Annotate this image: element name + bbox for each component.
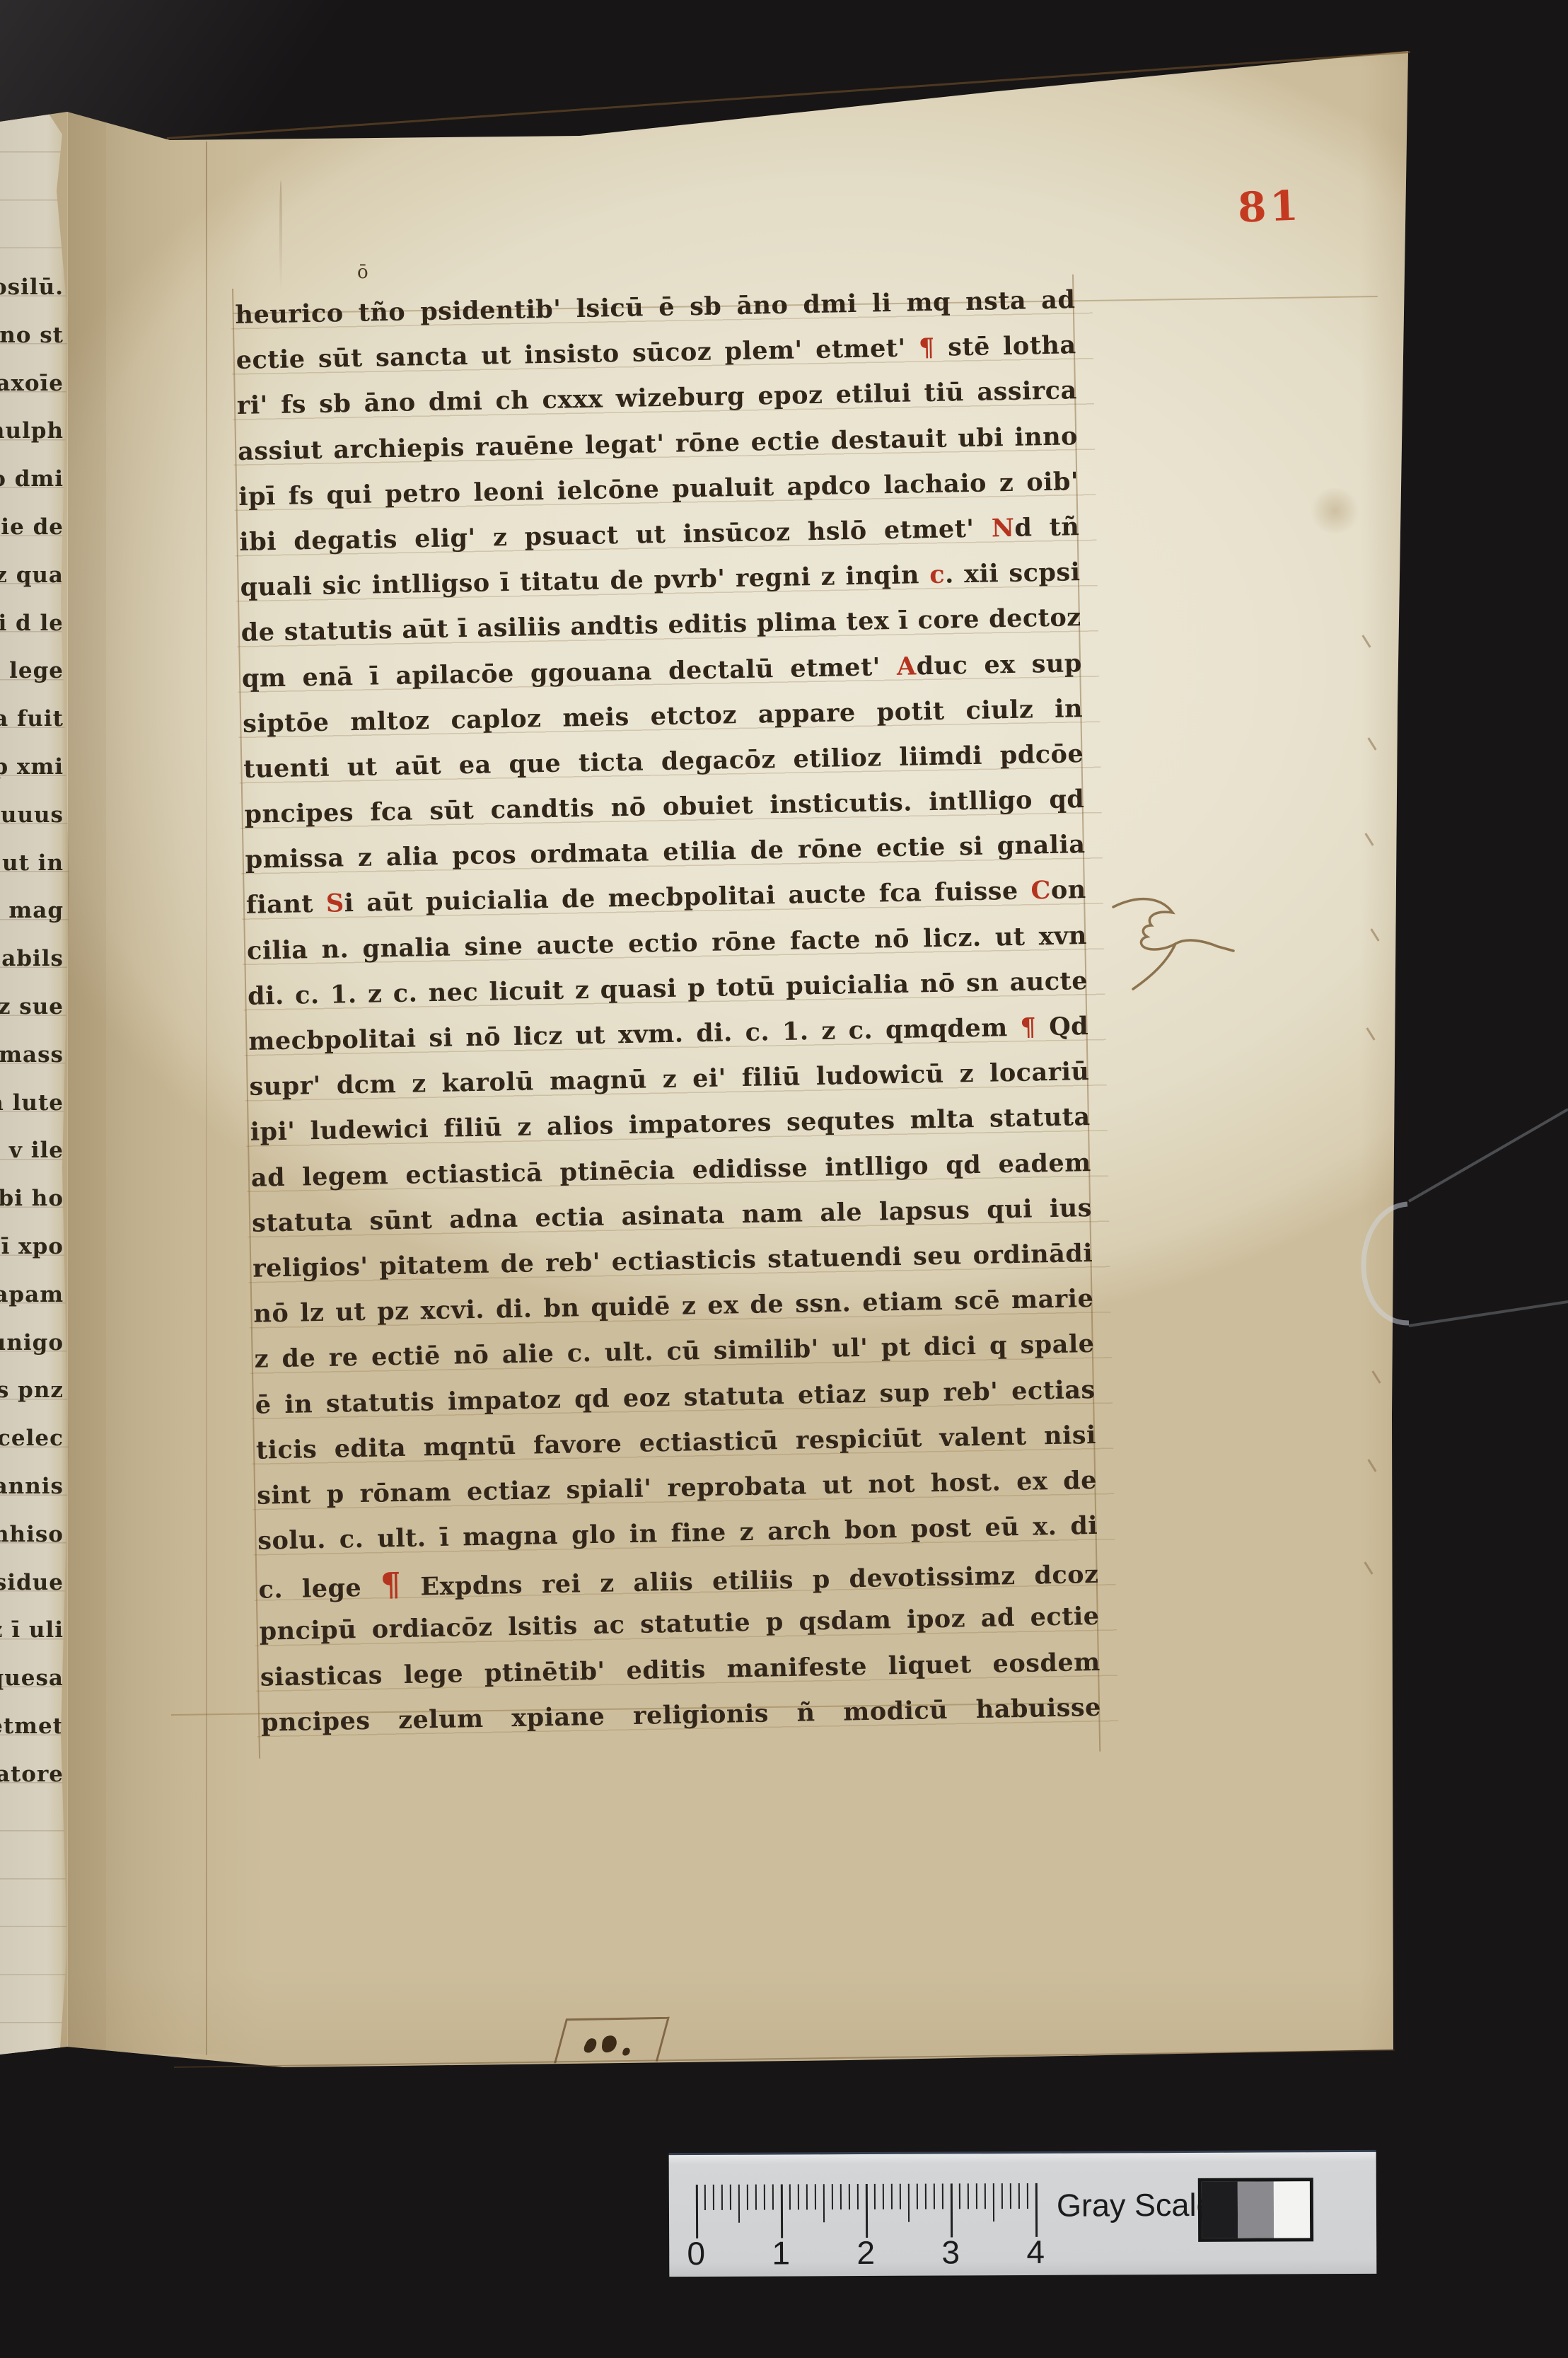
ruler-tick <box>806 2184 808 2209</box>
fore-edge-mark <box>1370 928 1379 942</box>
ink-text: cilia n. gnalia sine aucte ectio rōne fa… <box>247 921 1088 966</box>
ruler-tick <box>764 2185 765 2210</box>
ink-text: assiut archiepis rauēne legat' rōne ecti… <box>238 422 1079 466</box>
facing-page-text-fragment: pact s inhiso <box>0 1522 64 1547</box>
ink-text: siptōe mltoz caploz meis etctoz appare p… <box>243 694 1084 739</box>
ruler-tick <box>840 2184 842 2209</box>
ink-text: solu. c. ult. ī magna glo in fine z arch… <box>257 1511 1098 1556</box>
ruler-tick <box>730 2185 731 2210</box>
rubric-mark: S <box>325 889 344 918</box>
ruler-tick <box>789 2184 791 2209</box>
facing-page-text-fragment: ym mag <box>0 898 64 923</box>
facing-page-text-fragment: st ut in <box>0 850 64 876</box>
ink-text: ticis edita mqntū favore ectiasticū resp… <box>256 1421 1097 1465</box>
ink-text: ectie sūt sancta ut insisto sūcoz plem' … <box>236 333 919 375</box>
rubric-mark: ¶ <box>919 333 936 362</box>
gutter-crease-line <box>206 141 207 2055</box>
ruler-number: 0 <box>680 2234 712 2272</box>
ruler-tick <box>985 2183 986 2209</box>
facing-page-text-fragment: ' fiut mass <box>0 1042 64 1068</box>
ink-text: ipī fs qui petro leoni ielcōne pualuit a… <box>238 467 1079 512</box>
ruler-number: 2 <box>850 2233 881 2272</box>
ink-text: i aūt puicialia de mecbpolitai aucte fca… <box>344 877 1031 918</box>
ink-text: religios' pitatem de reb' ectiasticis st… <box>252 1239 1093 1283</box>
ruler-tick <box>857 2184 859 2209</box>
facing-page-text-fragment: e' babils <box>0 946 64 971</box>
ruler-tick <box>968 2183 969 2209</box>
facing-page-text-fragment: u scē ecie de <box>0 514 64 540</box>
ruler-tick <box>772 2185 774 2210</box>
ink-text: d tñ <box>1014 512 1080 543</box>
ink-text: ē in statutis impatoz qd eoz statuta eti… <box>255 1375 1096 1419</box>
ink-text: quali sic intlligso ī titatu de pvrb' re… <box>240 560 929 602</box>
catchword-box <box>554 2017 670 2064</box>
facing-page-text-fragment: oz sb āno dmi <box>0 466 64 492</box>
ink-text: pncipū ordiacōz lsitis ac statutie p qsd… <box>259 1602 1100 1646</box>
gray-swatch-black <box>1202 2182 1238 2238</box>
ruler-tick <box>823 2184 825 2222</box>
ruler-tick <box>874 2184 876 2209</box>
ruler: 01234 <box>669 2152 1376 2155</box>
facing-page-text-fragment: gacōes pannis <box>0 1474 64 1499</box>
ink-text: . xii scpsi <box>945 557 1081 589</box>
facing-page-text-fragment: te stabano st <box>0 323 64 348</box>
catchword-ink-mark <box>622 2047 631 2055</box>
gray-swatch-mid-gray <box>1238 2181 1274 2238</box>
ruler-tick <box>1010 2183 1011 2209</box>
facing-page-text-fragment: n pmissaz celec <box>0 1426 64 1451</box>
gray-scale-swatches <box>1198 2178 1313 2242</box>
facing-page-text-fragment: z eicua lute <box>0 1090 64 1116</box>
facing-page-text-fragment: ctota z quesa <box>0 1665 64 1691</box>
ruler-tick <box>959 2183 960 2209</box>
ruler-tick <box>934 2184 935 2209</box>
facing-page-text-fragment: aal' z sue <box>0 994 64 1019</box>
ruler-tick <box>951 2183 953 2237</box>
facing-page-text-fragment: o ipm' z qua <box>0 562 64 588</box>
ink-text: stē lotha <box>934 330 1076 362</box>
ruler-number: 4 <box>1020 2233 1051 2271</box>
ruler-tick <box>993 2183 994 2221</box>
facing-page-text-fragment: schū epoz ī uli <box>0 1617 64 1643</box>
ink-text: ibi degatis elig' z psuact ut insūcoz hs… <box>239 514 992 556</box>
facing-page-text-fragment: a ecie ī xpo <box>0 1234 64 1259</box>
ruler-tick <box>721 2185 723 2210</box>
parchment-crease <box>279 180 282 294</box>
ruler-tick <box>925 2184 927 2209</box>
ink-text: fiant <box>245 889 326 920</box>
facing-page-text-fragment: coz plem' etmet <box>0 1713 64 1739</box>
ink-text: qm enā ī apilacōe ggouana dectalū etmet' <box>242 652 898 693</box>
ink-text: z de re ectiē nō alie c. ult. cū similib… <box>254 1329 1095 1374</box>
calibration-strip: 01234 Gray Scale <box>669 2152 1377 2277</box>
ink-text: ad legem ectiasticā ptinēcia edidisse in… <box>251 1148 1092 1193</box>
ruler-tick <box>747 2185 748 2210</box>
ink-text: supr' dcm z karolū magnū z ei' filiū lud… <box>249 1057 1090 1102</box>
fore-edge-mark <box>1361 635 1371 648</box>
rubric-mark: A <box>897 652 917 681</box>
rubric-mark: c <box>929 560 946 589</box>
ruler-tick <box>798 2184 799 2209</box>
ruler-tick <box>883 2184 884 2209</box>
facing-page-text-fragment: no dmi o v ile <box>0 1138 64 1163</box>
facing-page-text-fragment: tū vl kunigo <box>0 1330 64 1356</box>
book-spread: am ē osilū.te stabano stie scis saxoīeto… <box>0 0 1413 2074</box>
ink-text: duc ex sup <box>916 649 1082 681</box>
facing-page-text-fragment: x. z impatore <box>0 1762 64 1787</box>
ruler-tick <box>1001 2183 1003 2209</box>
catchword-ink-mark <box>582 2038 599 2054</box>
ruler-tick <box>1035 2183 1038 2237</box>
facing-page-text-fragment: tore arnulph <box>0 418 64 444</box>
ruler-tick <box>866 2184 868 2238</box>
ruler-tick <box>917 2184 918 2209</box>
fore-edge-mark <box>1367 1459 1376 1472</box>
gray-swatch-white <box>1274 2181 1310 2238</box>
fore-edge-mark <box>1367 737 1376 751</box>
ink-text: sint p rōnam ectiaz spiali' reprobata ut… <box>257 1466 1098 1510</box>
parchment-stain <box>1308 488 1361 533</box>
facing-page-text-fragment: is z aliis pnz <box>0 1377 64 1403</box>
ink-text: mecbpolitai si nō licz ut xvm. di. c. 1.… <box>248 1013 1021 1056</box>
ruler-tick <box>815 2184 816 2209</box>
fore-edge-mark <box>1366 1027 1375 1041</box>
gray-scale-label: Gray Scale <box>1057 2187 1214 2224</box>
ink-text: c. lege <box>258 1573 381 1605</box>
ink-text: on <box>1051 876 1087 906</box>
ink-text: di. c. 1. z c. nec licuit z quasi p totū… <box>248 966 1088 1011</box>
previous-page-edge: am ē osilū.te stabano stie scis saxoīeto… <box>0 106 71 2059</box>
ruler-tick <box>713 2185 714 2210</box>
ruler-tick <box>696 2185 698 2238</box>
ruler-tick <box>942 2183 943 2209</box>
facing-page-text-fragment: sē ip xmi <box>0 754 64 780</box>
ruler-tick <box>908 2184 910 2222</box>
folio-number: 81 <box>1237 181 1303 231</box>
gutter-shadow <box>68 112 259 2054</box>
ruler-number: 3 <box>935 2233 966 2271</box>
manuscript-photograph: am ē osilū.te stabano stie scis saxoīeto… <box>0 0 1568 2358</box>
rubric-mark: C <box>1030 876 1051 906</box>
rubric-mark: N <box>991 514 1014 543</box>
facing-page-text-fragment: scussa fuit <box>0 706 64 732</box>
ruler-tick <box>704 2185 706 2210</box>
facing-page-text-fragment: lubē z apam <box>0 1282 64 1307</box>
fore-edge-mark <box>1364 1561 1373 1575</box>
facing-page-text-fragment: s ad uuus <box>0 802 64 828</box>
text-block: heurico tño psidentib' lsicū ē sb āno dm… <box>235 277 1101 1745</box>
manicula-pointing-hand-icon <box>1109 893 1250 999</box>
facing-page-text-fragment: o xxxvi psidue <box>0 1570 64 1595</box>
ink-text: statuta sūnt adna ectia asinata nam ale … <box>252 1194 1093 1238</box>
ruler-tick <box>1027 2183 1028 2209</box>
rubric-mark: ¶ <box>1020 1012 1037 1041</box>
ink-text: nō lz ut pz xcvi. di. bn quidē z ex de s… <box>253 1284 1094 1329</box>
ink-text: ipi' ludewici filiū z alios impatores se… <box>250 1102 1091 1147</box>
ruler-tick <box>755 2185 757 2210</box>
ruler-tick <box>781 2184 783 2238</box>
facing-page-text-fragment: ie scis saxoīe <box>0 371 64 396</box>
ruler-tick <box>832 2184 833 2209</box>
ink-text: pncipes zelum xpiane religionis ñ modicū… <box>261 1693 1102 1738</box>
ruler-tick <box>738 2185 740 2223</box>
catchword-ink-mark <box>601 2034 617 2053</box>
ruler-tick <box>891 2184 893 2209</box>
facing-page-text-fragment: am ē osilū. <box>0 274 64 300</box>
ink-text: de statutis aūt ī asiliis andtis editis … <box>240 603 1081 647</box>
ruler-tick <box>1018 2183 1020 2209</box>
ink-text: ri' fs sb āno dmi ch cxxx wizeburg epoz … <box>237 376 1078 421</box>
facing-page-text-fragment: āno dmi d le <box>0 611 64 636</box>
ink-text: siasticas lege ptinētib' editis manifest… <box>260 1648 1100 1692</box>
rubric-mark: ¶ <box>381 1565 402 1604</box>
transparent-page-clip <box>1330 1090 1568 1443</box>
ruler-tick <box>849 2184 850 2209</box>
ruler-tick <box>976 2183 977 2209</box>
interlinear-correction-mark: ō <box>357 262 368 283</box>
ink-text: tuenti ut aūt ea que ticta degacōz etili… <box>243 739 1084 784</box>
facing-page-text-fragment: o' epoz ubi ho <box>0 1186 64 1211</box>
facing-page-text-fragment: ie rōne lege <box>0 658 64 683</box>
ruler-number: 1 <box>765 2233 796 2272</box>
fore-edge-mark <box>1364 833 1374 846</box>
ink-text: pncipes fca sūt candtis nō obuiet instic… <box>244 785 1085 829</box>
ruler-tick <box>900 2184 901 2209</box>
ink-text: pmissa z alia pcos ordmata etilia de rōn… <box>245 830 1086 874</box>
